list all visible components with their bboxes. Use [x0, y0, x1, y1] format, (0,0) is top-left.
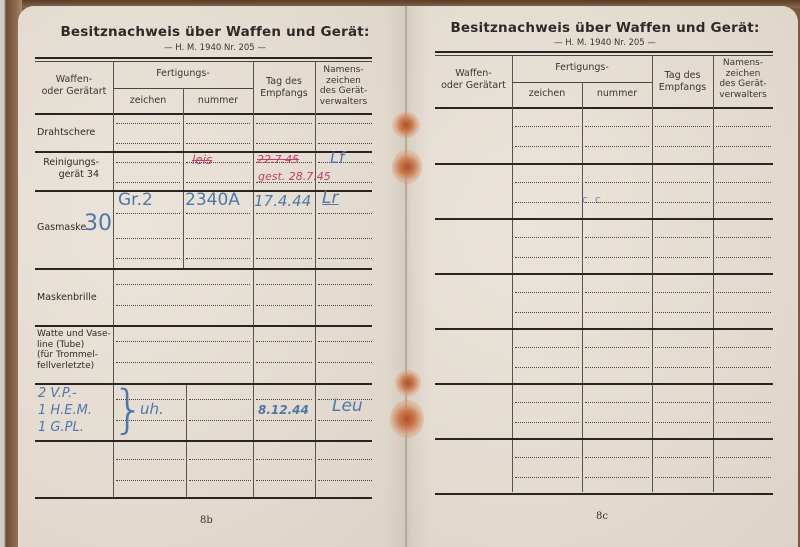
dotted-entry-line	[655, 146, 710, 147]
handwritten-extra-label: 1 H.E.M.	[38, 403, 92, 418]
row-rule	[435, 493, 773, 495]
dotted-entry-line	[256, 480, 312, 481]
dotted-entry-line	[515, 202, 579, 203]
row-rule	[435, 383, 773, 385]
dotted-entry-line	[116, 362, 250, 363]
dotted-entry-line	[585, 367, 649, 368]
dotted-entry-line	[585, 146, 649, 147]
header-waffen: Waffen- oder Gerätart	[35, 74, 113, 97]
dotted-entry-line	[716, 312, 771, 313]
header-bottom-rule	[435, 107, 773, 109]
dotted-entry-line	[655, 202, 710, 203]
dotted-entry-line	[716, 477, 771, 478]
row-label-maskenbrille: Maskenbrille	[37, 292, 97, 304]
dotted-entry-line	[116, 258, 180, 259]
dotted-entry-line	[515, 312, 579, 313]
dotted-entry-line	[256, 284, 312, 285]
row-rule	[35, 440, 372, 442]
dotted-entry-line	[515, 477, 579, 478]
header-nummer: nummer	[183, 95, 253, 107]
table-top-rule-thin	[435, 55, 773, 56]
dotted-entry-line	[318, 305, 372, 306]
dotted-entry-line	[655, 402, 710, 403]
header-fertigungs: Fertigungs-	[512, 62, 652, 74]
handwritten-date-correction: gest. 28.7.45	[258, 170, 331, 183]
dotted-entry-line	[716, 257, 771, 258]
handwritten-extra-label: 2 V.P.-	[38, 386, 77, 401]
staple-rust-mark	[392, 112, 420, 138]
dotted-entry-line	[585, 292, 649, 293]
header-zeichen: zeichen	[113, 95, 183, 107]
table-top-rule	[35, 57, 372, 59]
dotted-entry-line	[318, 362, 372, 363]
dotted-entry-line	[716, 146, 771, 147]
row-rule	[435, 438, 773, 440]
col-divider	[582, 82, 583, 492]
dotted-entry-line	[116, 162, 180, 163]
dotted-entry-line	[716, 422, 771, 423]
dotted-entry-line	[585, 457, 649, 458]
staple-rust-mark	[390, 400, 424, 438]
dotted-entry-line	[256, 123, 312, 124]
dotted-entry-line	[655, 312, 710, 313]
dotted-entry-line	[515, 347, 579, 348]
row-rule	[435, 273, 773, 275]
dotted-entry-line	[116, 143, 180, 144]
dotted-entry-line	[186, 213, 250, 214]
dotted-entry-line	[716, 347, 771, 348]
row-label-gasmaske: Gasmaske	[37, 222, 86, 234]
dotted-entry-line	[515, 402, 579, 403]
row-rule	[35, 383, 372, 385]
dotted-entry-line	[515, 422, 579, 423]
handwritten-signature: Leu	[332, 396, 363, 416]
header-bottom-rule	[35, 113, 372, 115]
dotted-entry-line	[655, 257, 710, 258]
header-namens: Namens- zeichen des Gerät- verwalters	[315, 65, 372, 107]
dotted-entry-line	[318, 284, 372, 285]
dotted-entry-line	[116, 480, 184, 481]
row-rule	[435, 218, 773, 220]
dotted-entry-line	[318, 258, 372, 259]
dotted-entry-line	[655, 367, 710, 368]
dotted-entry-line	[318, 143, 372, 144]
dotted-entry-line	[515, 126, 579, 127]
row-rule	[435, 163, 773, 165]
row-label-reinigungsgeraet: Reinigungs- gerät 34	[37, 157, 99, 180]
dotted-entry-line	[186, 123, 250, 124]
handwritten-zeichen: uh.	[140, 400, 164, 418]
dotted-entry-line	[585, 312, 649, 313]
dotted-entry-line	[256, 341, 312, 342]
dotted-entry-line	[256, 213, 312, 214]
dotted-entry-line	[318, 480, 372, 481]
handwritten-date-struck: 22.7.45	[257, 153, 299, 166]
dotted-entry-line	[515, 292, 579, 293]
header-fertigungs: Fertigungs-	[113, 68, 253, 80]
dotted-entry-line	[716, 182, 771, 183]
handwritten-extra-label: 1 G.PL.	[38, 420, 84, 435]
dotted-entry-line	[318, 459, 372, 460]
dotted-entry-line	[716, 237, 771, 238]
dotted-entry-line	[256, 420, 312, 421]
dotted-entry-line	[318, 238, 372, 239]
row-rule	[35, 268, 372, 270]
dotted-entry-line	[318, 213, 372, 214]
col-divider	[253, 61, 254, 498]
dotted-entry-line	[515, 237, 579, 238]
spine-fold	[405, 6, 407, 547]
dotted-entry-line	[716, 457, 771, 458]
handwritten-nummer-struck: leis	[192, 153, 212, 167]
dotted-entry-line	[189, 420, 251, 421]
row-rule	[35, 325, 372, 327]
left-page-subtitle: — H. M. 1940 Nr. 205 —	[35, 43, 395, 53]
dotted-entry-line	[655, 292, 710, 293]
dotted-entry-line	[116, 238, 180, 239]
dotted-entry-line	[189, 480, 251, 481]
dotted-entry-line	[189, 399, 251, 400]
left-page-number: 8b	[200, 515, 213, 526]
dotted-entry-line	[116, 284, 250, 285]
col-divider	[315, 61, 316, 498]
left-page-title: Besitznachweis über Waffen und Gerät:	[35, 24, 395, 40]
dotted-entry-line	[585, 257, 649, 258]
header-nummer: nummer	[582, 88, 652, 100]
handwritten-signature: Lf	[330, 148, 345, 167]
dotted-entry-line	[318, 162, 372, 163]
dotted-entry-line	[318, 341, 372, 342]
dotted-entry-line	[585, 422, 649, 423]
dotted-entry-line	[585, 237, 649, 238]
dotted-entry-line	[585, 126, 649, 127]
header-tag: Tag des Empfangs	[652, 70, 713, 93]
dotted-entry-line	[256, 362, 312, 363]
handwritten-mask-size: 30	[84, 211, 112, 236]
handwritten-signature: Lr	[322, 188, 338, 208]
dotted-entry-line	[585, 182, 649, 183]
dotted-entry-line	[585, 477, 649, 478]
dotted-entry-line	[186, 238, 250, 239]
dotted-entry-line	[655, 182, 710, 183]
dotted-entry-line	[515, 146, 579, 147]
dotted-entry-line	[585, 402, 649, 403]
stray-ink-mark: c c	[582, 193, 601, 206]
staple-rust-mark	[395, 370, 421, 396]
dotted-entry-line	[515, 257, 579, 258]
dotted-entry-line	[186, 258, 250, 259]
dotted-entry-line	[116, 305, 250, 306]
header-namens: Namens- zeichen des Gerät- verwalters	[713, 58, 773, 100]
dotted-entry-line	[716, 367, 771, 368]
dotted-entry-line	[116, 123, 180, 124]
right-page-subtitle: — H. M. 1940 Nr. 205 —	[435, 38, 775, 48]
dotted-entry-line	[116, 459, 184, 460]
dotted-entry-line	[716, 202, 771, 203]
handwritten-date: 8.12.44	[258, 403, 309, 417]
dotted-entry-line	[716, 292, 771, 293]
col-divider	[183, 88, 184, 113]
dotted-entry-line	[116, 341, 250, 342]
table-top-rule-thin	[35, 61, 372, 62]
dotted-entry-line	[186, 182, 250, 183]
dotted-entry-line	[186, 143, 250, 144]
dotted-entry-line	[256, 238, 312, 239]
dotted-entry-line	[655, 237, 710, 238]
right-page-number: 8c	[596, 511, 608, 522]
row-rule	[435, 328, 773, 330]
dotted-entry-line	[116, 182, 180, 183]
header-zeichen: zeichen	[512, 88, 582, 100]
dotted-entry-line	[256, 399, 312, 400]
right-page-title: Besitznachweis über Waffen und Gerät:	[435, 20, 775, 36]
dotted-entry-line	[655, 422, 710, 423]
table-bottom-rule	[35, 497, 372, 499]
staple-rust-mark	[392, 150, 422, 184]
dotted-entry-line	[189, 459, 251, 460]
row-label-watte-vaseline: Watte und Vase- line (Tube) (für Trommel…	[37, 329, 111, 371]
dotted-entry-line	[655, 457, 710, 458]
dotted-entry-line	[256, 143, 312, 144]
handwritten-zeichen: Gr.2	[118, 190, 153, 210]
dotted-entry-line	[716, 402, 771, 403]
row-label-drahtschere: Drahtschere	[37, 127, 95, 139]
spine-shadow	[385, 6, 430, 547]
dotted-entry-line	[318, 420, 372, 421]
header-waffen: Waffen- oder Gerätart	[435, 68, 512, 91]
dotted-entry-line	[515, 457, 579, 458]
handwritten-date: 17.4.44	[254, 192, 311, 210]
dotted-entry-line	[256, 305, 312, 306]
dotted-entry-line	[256, 459, 312, 460]
dotted-entry-line	[716, 126, 771, 127]
dotted-entry-line	[515, 182, 579, 183]
dotted-entry-line	[655, 347, 710, 348]
dotted-entry-line	[116, 213, 180, 214]
header-tag: Tag des Empfangs	[253, 76, 315, 99]
dotted-entry-line	[655, 126, 710, 127]
table-top-rule	[435, 51, 773, 53]
dotted-entry-line	[585, 347, 649, 348]
dotted-entry-line	[256, 258, 312, 259]
handwritten-nummer: 2340A	[185, 190, 240, 210]
dotted-entry-line	[318, 123, 372, 124]
dotted-entry-line	[515, 367, 579, 368]
dotted-entry-line	[655, 477, 710, 478]
